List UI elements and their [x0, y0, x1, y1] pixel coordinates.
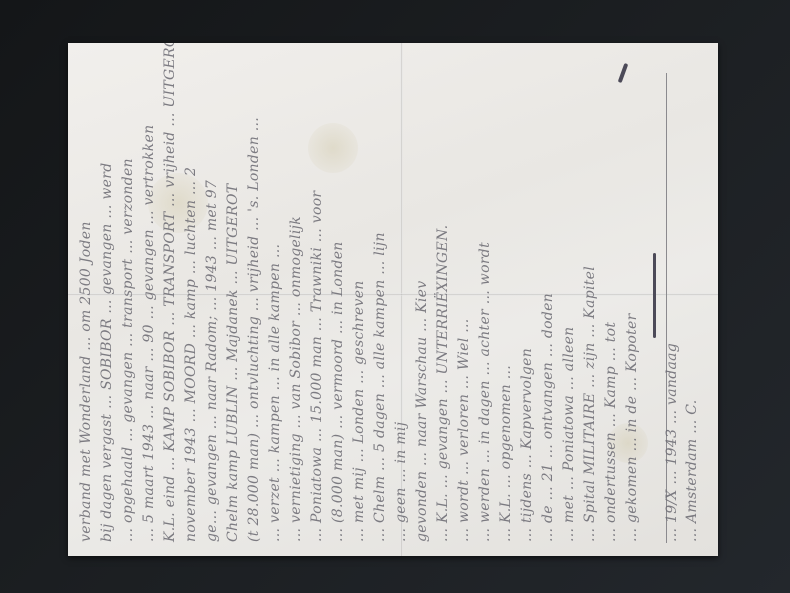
handwriting-line: bij dagen vergast ... SOBIBOR ... gevang…	[99, 163, 115, 542]
handwriting-line: ... geen ... in mij	[393, 422, 409, 542]
handwriting-line: ge... gevangen ... naar Radom; ... 1943 …	[204, 180, 220, 542]
handwriting-line: ... met mij ... Londen ... geschreven	[351, 280, 367, 542]
handwriting-line: ... wordt ... verloren ... Wiel ...	[456, 319, 472, 542]
handwriting-line: november 1943 ... MOORD ... kamp ... luc…	[183, 167, 199, 542]
handwriting-line: ... de ... 21 ... ontvangen ... doden	[540, 293, 556, 542]
handwriting-line: ... (8.000 man) ... vermoord ... in Lond…	[330, 241, 346, 542]
handwriting-line: K.L. eind ... KAMP SOBIBOR ... TRANSPORT…	[162, 43, 178, 542]
handwriting-line: (t 28.000 man) ... ontvluchting ... vrij…	[246, 117, 262, 542]
handwriting-line: ... opgehaald ... gevangen ... transport…	[120, 158, 136, 542]
handwriting-line: ... 19/X ... 1943 ... vandaag	[664, 343, 680, 542]
handwriting-line: ... gekomen ... in de ... Kopoter	[624, 313, 640, 542]
handwriting-line: ... K.L. ... gevangen ... UNTERRIËXINGEN…	[435, 225, 451, 542]
handwriting-line: ... met ... Poniatowa ... alleen	[561, 327, 577, 542]
handwriting-line: ... Chelm ... 5 dagen ... alle kampen ..…	[372, 232, 388, 542]
handwriting-line: ... vernietiging ... van Sobibor ... onm…	[288, 216, 304, 542]
handwriting-line: ... K.L. ... opgenomen ...	[498, 365, 514, 542]
handwriting-lines: verband met Wonderland ... om 2500 Joden…	[68, 43, 718, 556]
handwritten-letter: verband met Wonderland ... om 2500 Joden…	[68, 43, 718, 556]
handwriting-line: verband met Wonderland ... om 2500 Joden	[78, 221, 94, 542]
handwriting-line: ... tijdens ... Kapvervolgen	[519, 348, 535, 542]
handwriting-line: ... ondertussen ... Kamp ... tot	[603, 322, 619, 542]
handwriting-line: ... Amsterdam ... C.	[684, 400, 700, 542]
handwriting-line: ... verzet ... kampen ... in alle kampen…	[267, 244, 283, 542]
handwriting-line: ... Spital MILITAIRE ... zijn ... Kapite…	[582, 266, 598, 542]
handwriting-line: ... 5 maart 1943 ... naar ... 90 ... gev…	[141, 125, 157, 542]
handwriting-line: ... werden ... in dagen ... achter ... w…	[477, 242, 493, 542]
handwriting-line: gevonden ... naar Warschau ... Kiev	[414, 281, 430, 542]
handwriting-line: Chelm kamp LUBLIN ... Majdanek ... UITGE…	[225, 184, 241, 542]
handwriting-line: ... Poniatowa ... 15.000 man ... Trawnik…	[309, 191, 325, 542]
